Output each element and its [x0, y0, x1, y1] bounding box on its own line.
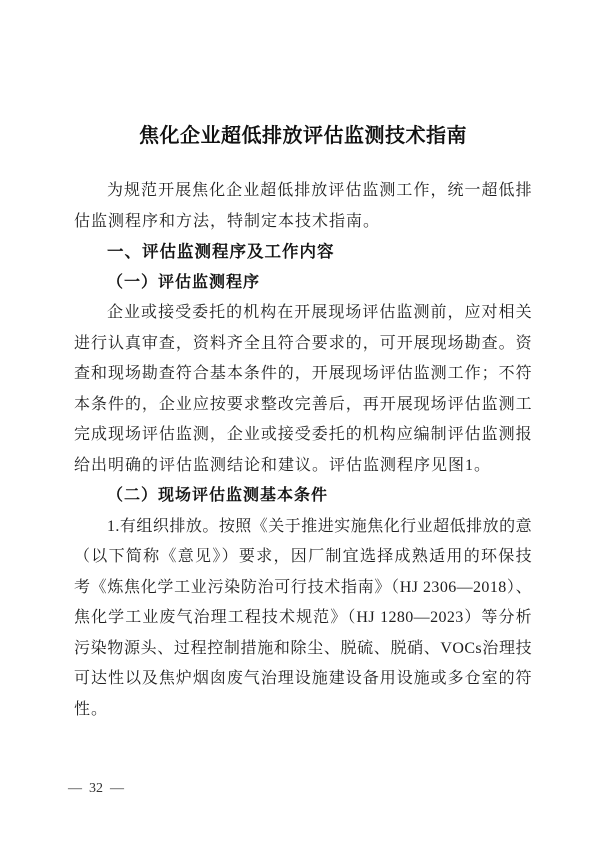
procedure-paragraph-line: 进行认真审查，资料齐全且符合要求的，可开展现场勘查。资料审 — [74, 329, 532, 360]
document-title: 焦化企业超低排放评估监测技术指南 — [74, 119, 532, 148]
conditions-paragraph-line: （以下简称《意见》）要求，因厂制宜选择成熟适用的环保技术，参 — [74, 542, 532, 573]
conditions-paragraph-line: 考《炼焦化学工业污染防治可行技术指南》（HJ 2306—2018）、《炼 — [74, 573, 532, 604]
conditions-paragraph-line: 焦化学工业废气治理工程技术规范》（HJ 1280—2023）等分析评估 — [74, 603, 532, 634]
document-page: 焦化企业超低排放评估监测技术指南 为规范开展焦化企业超低排放评估监测工作，统一超… — [0, 0, 600, 848]
subsection-2-heading: （二）现场评估监测基本条件 — [74, 481, 532, 512]
footer-dash-right: — — [110, 781, 124, 797]
intro-paragraph-line: 估监测程序和方法，特制定本技术指南。 — [74, 207, 532, 238]
procedure-paragraph-line: 给出明确的评估监测结论和建议。评估监测程序见图1。 — [74, 451, 532, 482]
procedure-paragraph-line: 企业或接受委托的机构在开展现场评估监测前，应对相关资料 — [74, 298, 532, 329]
procedure-paragraph-line: 本条件的，企业应按要求整改完善后，再开展现场评估监测工作。 — [74, 390, 532, 421]
section-1-heading: 一、评估监测程序及工作内容 — [74, 237, 532, 268]
subsection-1-heading: （一）评估监测程序 — [74, 268, 532, 299]
conditions-paragraph-line: 1.有组织排放。按照《关于推进实施焦化行业超低排放的意见》 — [74, 512, 532, 543]
conditions-paragraph-line: 可达性以及焦炉烟囱废气治理设施建设备用设施或多仓室的符合 — [74, 664, 532, 695]
procedure-paragraph-line: 查和现场勘查符合基本条件的，开展现场评估监测工作；不符合基 — [74, 359, 532, 390]
procedure-paragraph-line: 完成现场评估监测，企业或接受委托的机构应编制评估监测报告， — [74, 420, 532, 451]
page-number: 32 — [89, 781, 103, 797]
conditions-paragraph-line: 性。 — [74, 695, 532, 726]
document-body: 为规范开展焦化企业超低排放评估监测工作，统一超低排放评 估监测程序和方法，特制定… — [74, 176, 532, 725]
page-footer: —32— — [68, 781, 124, 797]
conditions-paragraph-line: 污染物源头、过程控制措施和除尘、脱硫、脱硝、VOCs治理技术的 — [74, 634, 532, 665]
footer-dash-left: — — [68, 781, 82, 797]
intro-paragraph-line: 为规范开展焦化企业超低排放评估监测工作，统一超低排放评 — [74, 176, 532, 207]
